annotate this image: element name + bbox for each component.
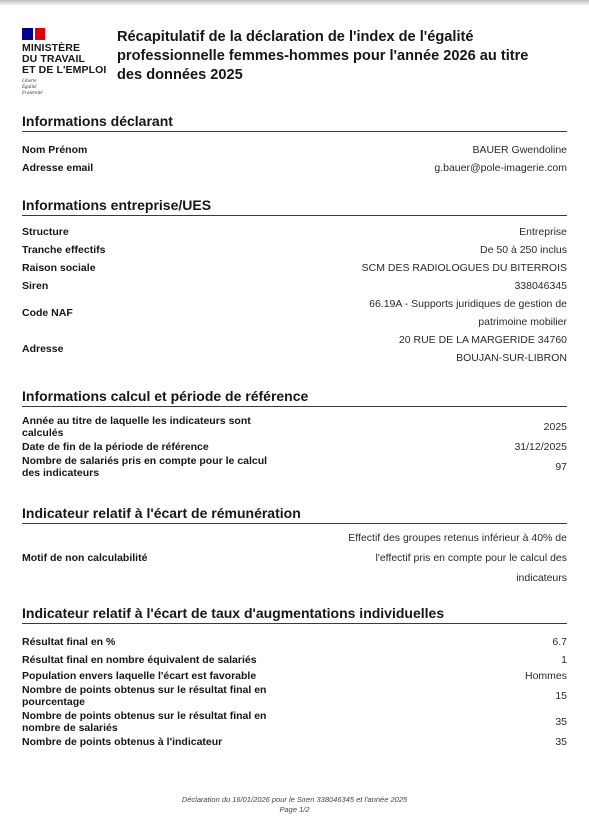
page-top-shadow: [0, 0, 589, 6]
field-value: 66.19A - Supports juridiques de gestion …: [369, 295, 567, 331]
field-value: 338046345: [514, 280, 567, 292]
page-footer: Déclaration du 16/01/2026 pour le Siren …: [0, 795, 589, 815]
field-label: Raison sociale: [22, 262, 96, 274]
page-number: Page 1/2: [0, 805, 589, 815]
section-title: Informations déclarant: [22, 113, 567, 132]
field-value: 97: [555, 461, 567, 473]
field-value: g.bauer@pole-imagerie.com: [434, 162, 567, 174]
field-row: Code NAF 66.19A - Supports juridiques de…: [22, 295, 567, 331]
field-row: Raison sociale SCM DES RADIOLOGUES DU BI…: [22, 259, 567, 277]
field-label: Année au titre de laquelle les indicateu…: [22, 415, 292, 439]
field-value: De 50 à 250 inclus: [480, 244, 567, 256]
field-value: 35: [555, 716, 567, 728]
section-title: Indicateur relatif à l'écart de rémunéra…: [22, 505, 567, 524]
field-row: Année au titre de laquelle les indicateu…: [22, 414, 567, 440]
field-row: Structure Entreprise: [22, 223, 567, 241]
field-value: 2025: [544, 421, 567, 433]
section-title: Informations entreprise/UES: [22, 197, 567, 216]
field-row: Tranche effectifs De 50 à 250 inclus: [22, 241, 567, 259]
field-label: Résultat final en nombre équivalent de s…: [22, 654, 257, 666]
field-label: Date de fin de la période de référence: [22, 441, 209, 453]
field-value: 1: [561, 654, 567, 666]
page-title: Récapitulatif de la déclaration de l'ind…: [117, 28, 587, 85]
field-row: Motif de non calculabilité Effectif des …: [22, 528, 567, 588]
field-row: Nombre de points obtenus sur le résultat…: [22, 709, 567, 735]
field-label: Code NAF: [22, 307, 73, 319]
field-row: Adresse email g.bauer@pole-imagerie.com: [22, 159, 567, 177]
field-row: Nombre de points obtenus sur le résultat…: [22, 683, 567, 709]
ministry-logo: MINISTÈRE DU TRAVAIL ET DE L'EMPLOI Libe…: [22, 28, 114, 97]
field-row: Résultat final en % 6.7: [22, 633, 567, 651]
field-value: Hommes: [525, 670, 567, 682]
field-row: Nombre de points obtenus à l'indicateur …: [22, 735, 567, 749]
field-label: Nombre de points obtenus sur le résultat…: [22, 710, 292, 734]
french-flag-icon: [22, 28, 45, 40]
section-title: Indicateur relatif à l'écart de taux d'a…: [22, 605, 567, 624]
field-value: 31/12/2025: [514, 441, 567, 453]
republic-motto: Liberté Égalité Fraternité: [22, 79, 114, 97]
field-label: Tranche effectifs: [22, 244, 105, 256]
field-label: Adresse email: [22, 162, 93, 174]
field-label: Nombre de salariés pris en compte pour l…: [22, 455, 292, 479]
section-remuneration: Indicateur relatif à l'écart de rémunéra…: [22, 505, 567, 588]
field-value: 6.7: [552, 636, 567, 648]
field-label: Nom Prénom: [22, 144, 87, 156]
field-label: Adresse: [22, 343, 63, 355]
field-row: Nom Prénom BAUER Gwendoline: [22, 141, 567, 159]
section-title: Informations calcul et période de référe…: [22, 388, 567, 407]
field-row: Nombre de salariés pris en compte pour l…: [22, 454, 567, 480]
field-value: Entreprise: [519, 226, 567, 238]
field-value: BAUER Gwendoline: [472, 144, 567, 156]
ministry-name: MINISTÈRE DU TRAVAIL ET DE L'EMPLOI: [22, 43, 114, 76]
section-entreprise: Informations entreprise/UES Structure En…: [22, 197, 567, 367]
field-label: Population envers laquelle l'écart est f…: [22, 670, 256, 682]
field-value: 35: [555, 736, 567, 748]
field-label: Motif de non calculabilité: [22, 552, 147, 564]
field-label: Nombre de points obtenus sur le résultat…: [22, 684, 292, 708]
field-value: SCM DES RADIOLOGUES DU BITERROIS: [362, 262, 567, 274]
section-declarant: Informations déclarant Nom Prénom BAUER …: [22, 113, 567, 177]
field-row: Adresse 20 RUE DE LA MARGERIDE 34760 BOU…: [22, 331, 567, 367]
field-row: Résultat final en nombre équivalent de s…: [22, 651, 567, 669]
section-calcul: Informations calcul et période de référe…: [22, 388, 567, 480]
field-label: Nombre de points obtenus à l'indicateur: [22, 736, 222, 748]
section-augmentations: Indicateur relatif à l'écart de taux d'a…: [22, 605, 567, 749]
field-label: Siren: [22, 280, 48, 292]
footer-declaration-info: Déclaration du 16/01/2026 pour le Siren …: [0, 795, 589, 805]
field-row: Siren 338046345: [22, 277, 567, 295]
field-value: Effectif des groupes retenus inférieur à…: [348, 528, 567, 588]
field-value: 20 RUE DE LA MARGERIDE 34760 BOUJAN-SUR-…: [399, 331, 567, 367]
field-label: Structure: [22, 226, 69, 238]
field-label: Résultat final en %: [22, 636, 115, 648]
field-value: 15: [555, 690, 567, 702]
field-row: Population envers laquelle l'écart est f…: [22, 669, 567, 683]
document-header: MINISTÈRE DU TRAVAIL ET DE L'EMPLOI Libe…: [22, 28, 582, 108]
field-row: Date de fin de la période de référence 3…: [22, 440, 567, 454]
